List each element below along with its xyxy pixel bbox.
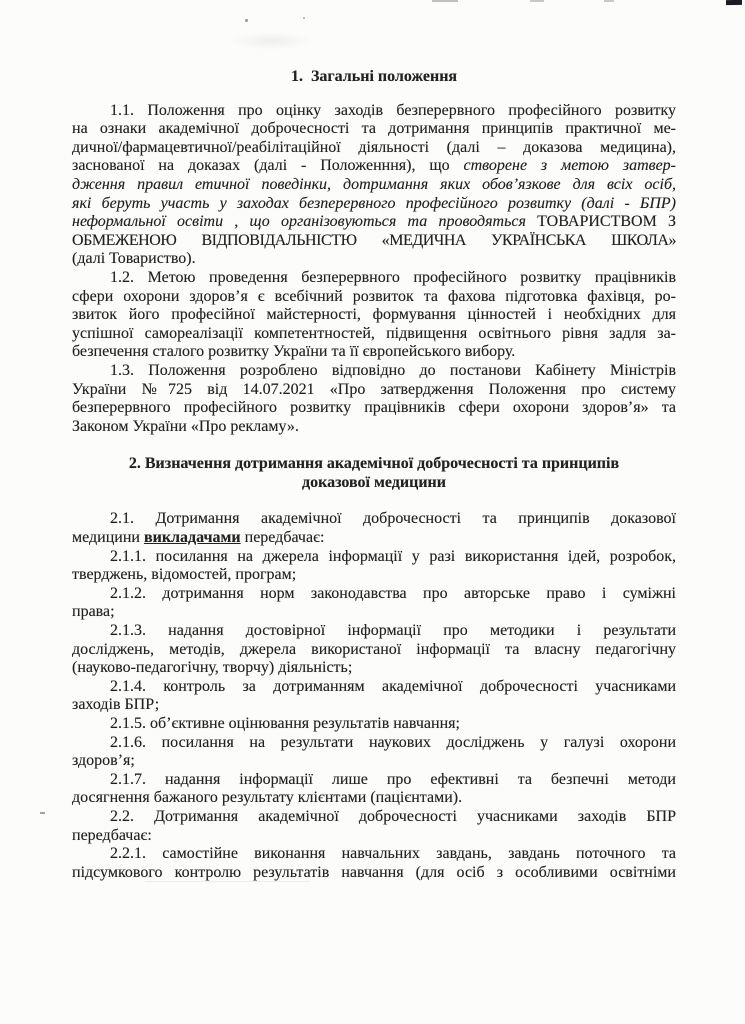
scan-artifact-smudge [228,32,314,50]
text-line: права; [72,603,676,622]
text-segment: дичної/фармацевтичної/реабілітаційної ді… [72,139,676,156]
text-segment: досліджень, методів, джерела використано… [72,641,676,658]
para-2-2: 2.2. Дотримання академічної доброчесност… [72,808,676,845]
text-segment: на ознаки академічної доброчесності та д… [72,120,676,137]
para-1-3: 1.3. Положення розроблено відповідно до … [72,362,676,436]
text-line: доказової медицини [72,474,676,493]
text-segment: 2.1.1. посилання на джерела інформації у… [110,548,676,565]
para-2-1-2: 2.1.2. дотримання норм законодавства про… [72,585,676,622]
scanned-page: 1. Загальні положення1.1. Положення про … [0,0,745,1024]
text-segment: досягнення бажаного результату клієнтами… [72,789,462,806]
text-segment: підсумкового контролю результатів навчан… [72,864,676,881]
document-body: 1. Загальні положення1.1. Положення про … [72,68,676,882]
text-line: сфери охорони здоров’я є всебічний розви… [72,288,676,307]
text-line: Законом України «Про рекламу». [72,418,676,437]
scan-artifact-corner-mark [726,0,742,5]
text-segment: передбачає: [241,529,325,546]
text-segment: неформальної освіти , що організовуються… [72,213,537,230]
text-line: 2.2.1. самостійне виконання навчальних з… [72,845,676,864]
text-segment: здоров’я; [72,752,135,769]
text-segment: заходів БПР; [72,696,159,713]
text-line: заходів БПР; [72,696,676,715]
text-line: 2.1.5. об’єктивне оцінювання результатів… [72,715,676,734]
text-line: 2. Визначення дотримання академічної доб… [72,455,676,474]
text-segment: 2.2. Дотримання академічної доброчесност… [110,808,676,825]
text-segment: 1.3. Положення розроблено відповідно до … [110,362,676,379]
text-segment: тверджень, відомостей, програм; [72,566,296,583]
text-segment: 1.2. Метою проведення безперервного проф… [110,269,676,286]
text-segment: (далі Товариство). [72,250,196,267]
text-line: медицини викладачами передбачає: [72,529,676,548]
text-line: безпечення сталого розвитку України та ї… [72,343,676,362]
text-line: досягнення бажаного результату клієнтами… [72,789,676,808]
text-segment: 2.1. Дотримання академічної доброчесност… [110,510,676,527]
text-line: 1.2. Метою проведення безперервного проф… [72,269,676,288]
text-line: які беруть участь у заходах безперервног… [72,195,676,214]
text-segment: звиток його професійної майстерності, фо… [72,306,676,323]
text-segment: які беруть участь у заходах безперервног… [72,195,676,212]
text-line: 2.1.3. надання достовірної інформації пр… [72,622,676,641]
para-2-2-1: 2.2.1. самостійне виконання навчальних з… [72,845,676,882]
text-segment: 2.1.3. надання достовірної інформації пр… [110,622,676,639]
text-line: заснованої на доказах (далі - Положенння… [72,157,676,176]
text-segment: медицини [72,529,144,546]
text-line: України №725 від 14.07.2021 «Про затверд… [72,381,676,400]
text-segment: сфери охорони здоров’я є всебічний розви… [72,288,676,305]
text-segment: ОБМЕЖЕНОЮ ВІДПОВІДАЛЬНІСТЮ «МЕДИЧНА УКРА… [72,232,676,249]
text-line: ОБМЕЖЕНОЮ ВІДПОВІДАЛЬНІСТЮ «МЕДИЧНА УКРА… [72,232,676,251]
scan-artifact-speck [303,17,305,19]
text-segment: 2.1.6. посилання на результати наукових … [110,734,676,751]
text-line: 2.1.2. дотримання норм законодавства про… [72,585,676,604]
text-line: 2.2. Дотримання академічної доброчесност… [72,808,676,827]
text-segment: 2. Визначення дотримання академічної доб… [129,455,619,472]
text-segment: передбачає: [72,827,152,844]
text-line: 2.1.6. посилання на результати наукових … [72,734,676,753]
text-segment: успішної самореалізації компетентностей,… [72,325,676,342]
scan-artifact-edge-dash [432,0,458,2]
text-line: успішної самореалізації компетентностей,… [72,325,676,344]
heading-section-2: 2. Визначення дотримання академічної доб… [72,455,676,492]
text-line: 1.1. Положення про оцінку заходів безпер… [72,102,676,121]
text-line: підсумкового контролю результатів навчан… [72,864,676,883]
para-2-1-6: 2.1.6. посилання на результати наукових … [72,734,676,771]
text-segment: 2.1.5. об’єктивне оцінювання результатів… [110,715,460,732]
scan-artifact-speck [245,19,248,22]
text-segment: України №725 від 14.07.2021 «Про затверд… [72,381,676,398]
text-line: тверджень, відомостей, програм; [72,566,676,585]
text-segment: (науково-педагогічну, творчу) діяльність… [72,659,352,676]
text-line: передбачає: [72,827,676,846]
text-segment: ТОВАРИСТВОМ З [537,213,676,230]
text-segment: Законом України «Про рекламу». [72,418,299,435]
text-segment: 1. Загальні положення [291,68,457,85]
text-line: 2.1. Дотримання академічної доброчесност… [72,510,676,529]
scan-artifact-edge-dash [604,0,614,2]
text-line: (науково-педагогічну, творчу) діяльність… [72,659,676,678]
heading-section-1: 1. Загальні положення [72,68,676,87]
para-2-1-4: 2.1.4. контроль за дотриманням академічн… [72,678,676,715]
text-segment: 2.1.2. дотримання норм законодавства про… [110,585,676,602]
para-1-1: 1.1. Положення про оцінку заходів безпер… [72,102,676,269]
text-segment: 2.1.4. контроль за дотриманням академічн… [110,678,676,695]
text-line: (далі Товариство). [72,250,676,269]
text-line: неформальної освіти , що організовуються… [72,213,676,232]
text-line: 2.1.7. надання інформації лише про ефект… [72,771,676,790]
text-line: дичної/фармацевтичної/реабілітаційної ді… [72,139,676,158]
text-segment: доказової медицини [302,474,446,491]
text-segment: 2.1.7. надання інформації лише про ефект… [110,771,676,788]
text-line: 1. Загальні положення [72,68,676,87]
text-segment: 2.2.1. самостійне виконання навчальних з… [110,845,676,862]
text-segment: безперервного професійного розвитку прац… [72,399,676,416]
text-line: на ознаки академічної доброчесності та д… [72,120,676,139]
text-segment: створене з метою затвер- [464,157,676,174]
text-line: 1.3. Положення розроблено відповідно до … [72,362,676,381]
text-segment: права; [72,603,115,620]
text-line: безперервного професійного розвитку прац… [72,399,676,418]
text-segment: дження правил етичної поведінки, дотрима… [72,176,676,193]
para-2-1: 2.1. Дотримання академічної доброчесност… [72,510,676,547]
para-2-1-3: 2.1.3. надання достовірної інформації пр… [72,622,676,678]
text-line: досліджень, методів, джерела використано… [72,641,676,660]
para-2-1-1: 2.1.1. посилання на джерела інформації у… [72,548,676,585]
scan-artifact-edge-dash [530,0,544,2]
text-line: здоров’я; [72,752,676,771]
text-segment: 1.1. Положення про оцінку заходів безпер… [110,102,676,119]
scan-artifact-speck [40,812,45,814]
para-2-1-7: 2.1.7. надання інформації лише про ефект… [72,771,676,808]
text-segment: заснованої на доказах (далі - Положенння… [72,157,464,174]
text-line: 2.1.4. контроль за дотриманням академічн… [72,678,676,697]
text-segment: безпечення сталого розвитку України та ї… [72,343,515,360]
text-segment: викладачами [144,529,241,546]
text-line: 2.1.1. посилання на джерела інформації у… [72,548,676,567]
text-line: звиток його професійної майстерності, фо… [72,306,676,325]
para-1-2: 1.2. Метою проведення безперервного проф… [72,269,676,362]
para-2-1-5: 2.1.5. об’єктивне оцінювання результатів… [72,715,676,734]
text-line: дження правил етичної поведінки, дотрима… [72,176,676,195]
